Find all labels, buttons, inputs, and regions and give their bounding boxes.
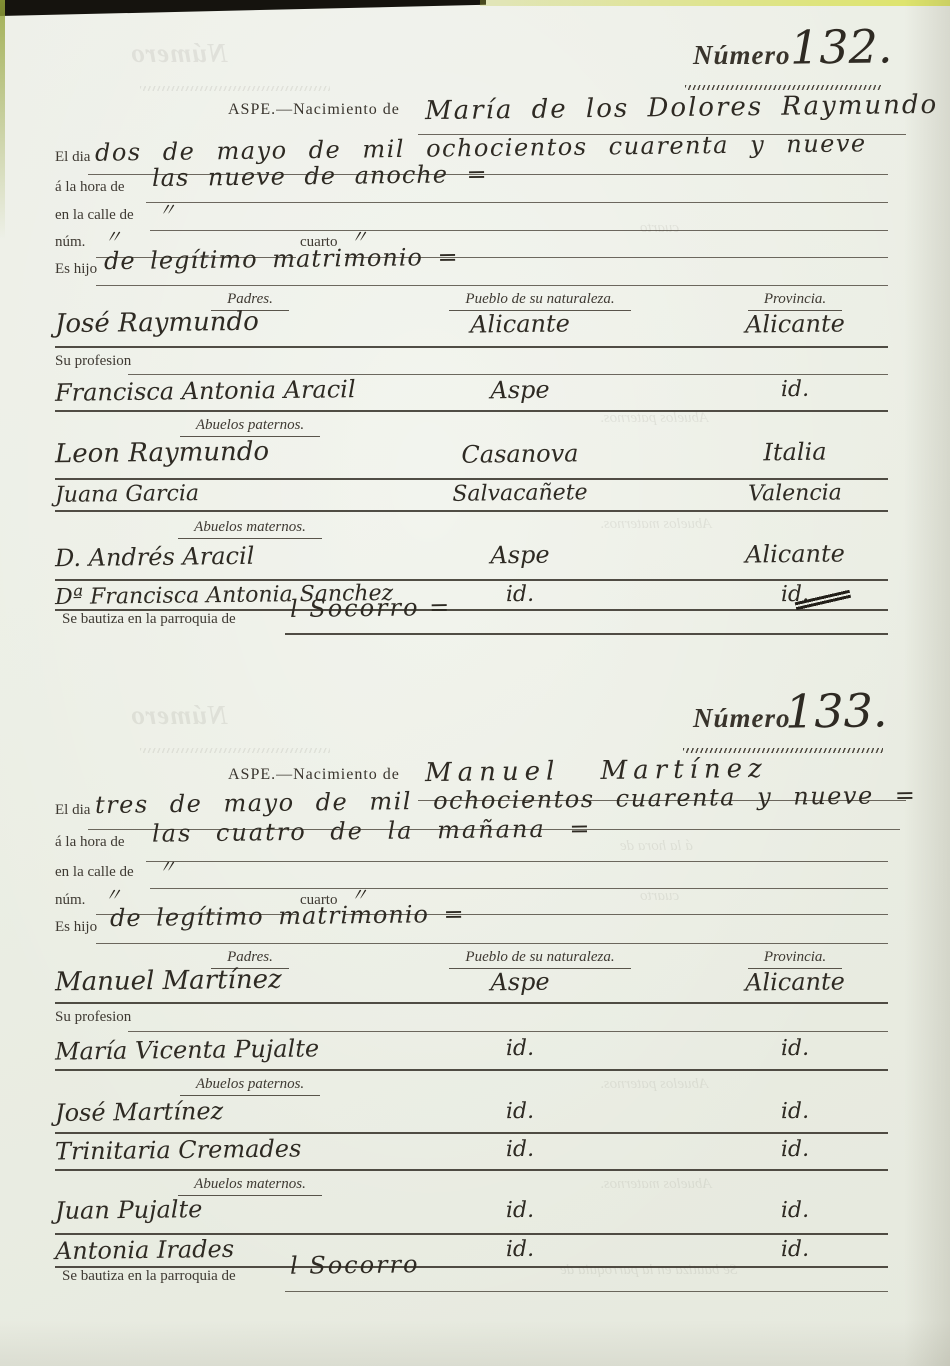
rule-line [96,285,888,286]
maternal-grandfather-pueblo: Aspe [380,539,660,570]
bleedthrough-text: cuarto [640,888,679,905]
maternal-grandfather-pueblo: id. [380,1196,660,1224]
scan-edge-top-right [480,0,950,6]
rule-line [285,1291,888,1292]
maternal-grandmother-provincia: id. [695,1236,895,1263]
num-ditto: 〃 [104,223,122,249]
rule-line [128,1031,888,1032]
scan-edge-top [0,0,486,16]
bautiza-label: Se bautiza en la parroquia de [62,611,236,628]
bleedthrough-text: Abuelos maternos. [600,1176,712,1193]
maternal-grandfather-provincia: Alicante [695,539,895,569]
el-dia-label: El dia [55,802,90,819]
rule-line [55,410,888,412]
bleedthrough-text: Abuelos maternos. [600,516,712,533]
mother-pueblo: Aspe [380,374,660,405]
rule-line [128,374,888,375]
paternal-grandfather-pueblo: Casanova [380,438,660,469]
numero-label: Número [693,703,791,734]
mother-pueblo: id. [380,1034,660,1062]
calle-label: en la calle de [55,864,134,881]
paternal-grandfather-name: Leon Raymundo [55,437,269,470]
rule-line [55,346,888,348]
numero-squiggle [685,85,881,90]
rule-line [146,202,888,203]
num-label: núm. [55,234,85,251]
paternal-grandmother-provincia: Valencia [695,480,895,507]
numero-label: Número [693,40,791,71]
hora-label: á la hora de [55,179,125,196]
abuelos-paternos-header: Abuelos paternos. [120,1075,380,1096]
paternal-grandmother-pueblo: id. [380,1135,660,1163]
form-header-label: ASPE.—Nacimiento de [228,766,400,784]
abuelos-maternos-header: Abuelos maternos. [120,518,380,539]
maternal-grandfather-name: D. Andrés Aracil [55,542,255,572]
mother-name: María Vicenta Pujalte [55,1034,319,1065]
rule-line [96,943,888,944]
paternal-grandmother-pueblo: Salvacañete [380,479,660,507]
birth-time: las nueve de anoche = [152,160,488,192]
maternal-grandfather-name: Juan Pujalte [55,1195,203,1225]
profesion-label: Su profesion [55,353,131,370]
father-provincia: Alicante [695,309,895,339]
rule-line [146,861,888,862]
rule-line [55,1132,888,1134]
rule-line [55,579,888,581]
child-name: María de los Dolores Raymundo [425,90,939,126]
rule-line [55,510,888,512]
el-dia-label: El dia [55,149,90,166]
profesion-label: Su profesion [55,1009,131,1026]
num-label: núm. [55,892,85,909]
paternal-grandmother-name: Juana Garcia [55,481,199,508]
scanned-register-page: Número Número 132. ASPE.—Nacimiento de M… [0,0,950,1366]
father-pueblo: Aspe [380,966,660,997]
parish-name: l Socorro = [290,593,452,623]
bleedthrough-squiggle [140,86,330,91]
paternal-grandfather-name: José Martínez [55,1097,224,1127]
father-name: José Raymundo [55,307,259,339]
paternal-grandfather-pueblo: id. [380,1097,660,1125]
rule-line [55,478,888,480]
father-provincia: Alicante [695,967,895,997]
es-hijo-label: Es hijo [55,919,97,936]
bautiza-label: Se bautiza en la parroquia de [62,1268,236,1285]
rule-line [150,230,888,231]
scan-edge-left [0,0,5,240]
rule-line [285,633,888,635]
provincia-header: Provincia. [700,290,890,311]
maternal-grandmother-name: Antonia Irades [55,1235,234,1265]
paternal-grandmother-provincia: id. [695,1136,895,1163]
calle-ditto: 〃 [158,196,176,222]
paternal-grandfather-provincia: Italia [695,437,895,467]
page-curve-shadow [904,0,950,1366]
bleedthrough-text: Abuelos paternos. [600,1076,708,1093]
abuelos-maternos-header: Abuelos maternos. [120,1175,380,1196]
form-header-label: ASPE.—Nacimiento de [228,101,400,119]
calle-ditto: 〃 [158,853,176,879]
birth-time: las cuatro de la mañana = [152,814,592,847]
rule-line [55,1169,888,1171]
rule-line [55,1002,888,1004]
es-hijo-label: Es hijo [55,261,97,278]
bleedthrough-squiggle [140,748,330,753]
bleedthrough-text: cuarto [640,220,679,237]
paternal-grandfather-provincia: id. [695,1098,895,1125]
mother-provincia: id. [695,1035,895,1062]
filiation: de legítimo matrimonio = [104,243,459,275]
bleedthrough-numero: Número [130,700,228,731]
maternal-grandmother-pueblo: id. [380,1235,660,1263]
maternal-grandfather-provincia: id. [695,1197,895,1224]
birth-date: tres de mayo de mil ochocientos cuarenta… [95,781,917,819]
filiation: de legítimo matrimonio = [110,900,465,932]
calle-label: en la calle de [55,207,134,224]
abuelos-paternos-header: Abuelos paternos. [120,416,380,437]
father-pueblo: Alicante [380,308,660,339]
bleedthrough-numero: Número [130,38,228,69]
page-bottom-shadow [0,1320,950,1366]
paternal-grandmother-name: Trinitaria Cremades [55,1134,302,1165]
bleedthrough-text: Se bautiza en la parroquia de [560,1262,737,1279]
rule-line [55,1069,888,1071]
provincia-header: Provincia. [700,948,890,969]
numero-squiggle [683,748,883,753]
rule-line [150,888,888,889]
mother-provincia: id. [695,376,895,403]
bleedthrough-text: Abuelos paternos. [600,410,708,427]
parish-name: l Socorro [290,1250,420,1280]
numero-value: 133. [785,683,888,738]
father-name: Manuel Martínez [55,965,282,998]
mother-name: Francisca Antonia Aracil [55,375,356,407]
bleedthrough-text: á la hora de [620,838,693,855]
hora-label: á la hora de [55,834,125,851]
numero-value: 132. [790,19,893,74]
